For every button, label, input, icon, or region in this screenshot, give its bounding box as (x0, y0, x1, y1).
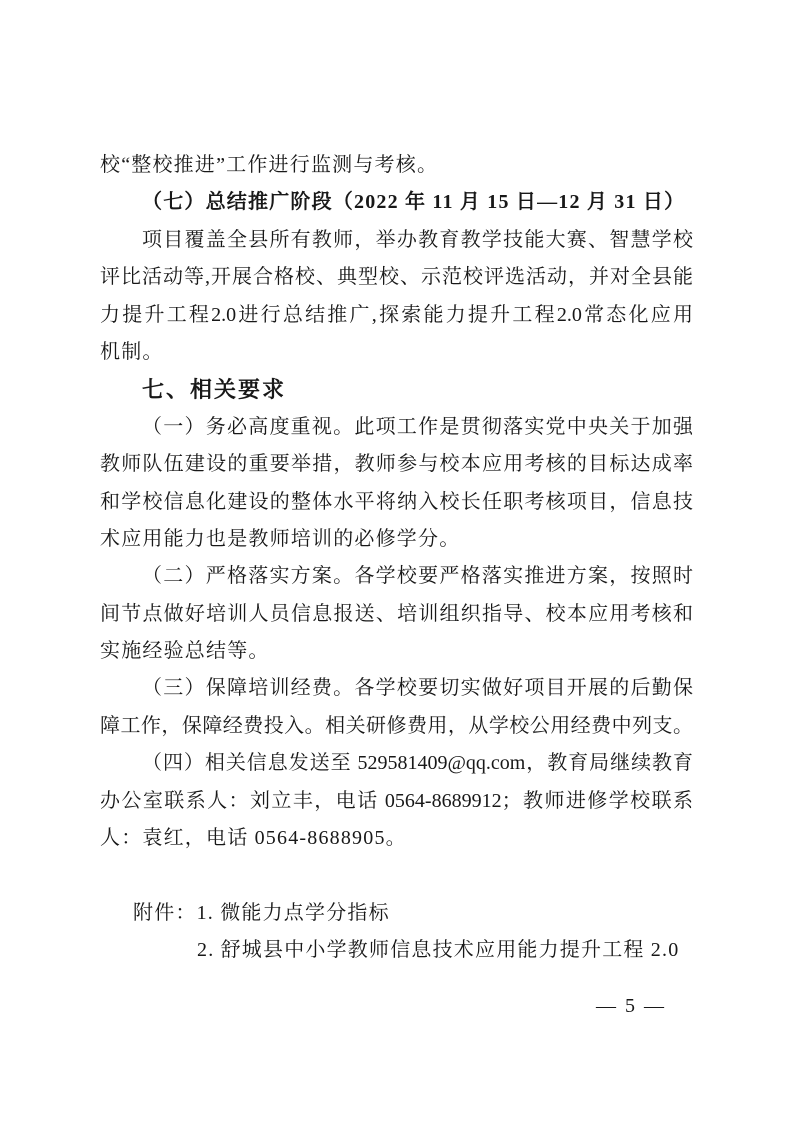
body-line: （四）相关信息发送至 529581409@qq.com，教育局继续教育 (100, 745, 693, 782)
body-line: （二）严格落实方案。各学校要严格落实推进方案，按照时 (100, 558, 693, 595)
attachment-item-1: 附件：1. 微能力点学分指标 (100, 895, 693, 932)
body-line: （三）保障培训经费。各学校要切实做好项目开展的后勤保 (100, 670, 693, 707)
blank-line (100, 857, 693, 894)
body-line: 项目覆盖全县所有教师，举办教育教学技能大赛、智慧学校 (100, 222, 693, 259)
document-body: 校“整校推进”工作进行监测与考核。 （七）总结推广阶段（2022 年 11 月 … (100, 147, 693, 970)
body-line: 术应用能力也是教师培训的必修学分。 (100, 521, 693, 558)
body-line: 间节点做好培训人员信息报送、培训组织指导、校本应用考核和 (100, 596, 693, 633)
body-line: 障工作，保障经费投入。相关研修费用，从学校公用经费中列支。 (100, 708, 693, 745)
body-line: 力提升工程2.0进行总结推广,探索能力提升工程2.0常态化应用 (100, 297, 693, 334)
page-number: — 5 — (596, 995, 666, 1018)
document-page: 校“整校推进”工作进行监测与考核。 （七）总结推广阶段（2022 年 11 月 … (0, 0, 793, 1122)
body-line: 机制。 (100, 334, 693, 371)
stage7-heading: （七）总结推广阶段（2022 年 11 月 15 日—12 月 31 日） (100, 184, 693, 221)
body-line: 实施经验总结等。 (100, 633, 693, 670)
body-line: 教师队伍建设的重要举措，教师参与校本应用考核的目标达成率 (100, 446, 693, 483)
attachment-item-2: 2. 舒城县中小学教师信息技术应用能力提升工程 2.0 (100, 932, 693, 969)
body-line: 评比活动等,开展合格校、典型校、示范校评选活动，并对全县能 (100, 259, 693, 296)
body-line: 校“整校推进”工作进行监测与考核。 (100, 147, 693, 184)
body-line: 人：袁红，电话 0564-8688905。 (100, 820, 693, 857)
body-line: 办公室联系人：刘立丰，电话 0564-8689912；教师进修学校联系 (100, 783, 693, 820)
body-line: 和学校信息化建设的整体水平将纳入校长任职考核项目，信息技 (100, 484, 693, 521)
section7-heading: 七、相关要求 (100, 371, 693, 408)
body-line: （一）务必高度重视。此项工作是贯彻落实党中央关于加强 (100, 409, 693, 446)
